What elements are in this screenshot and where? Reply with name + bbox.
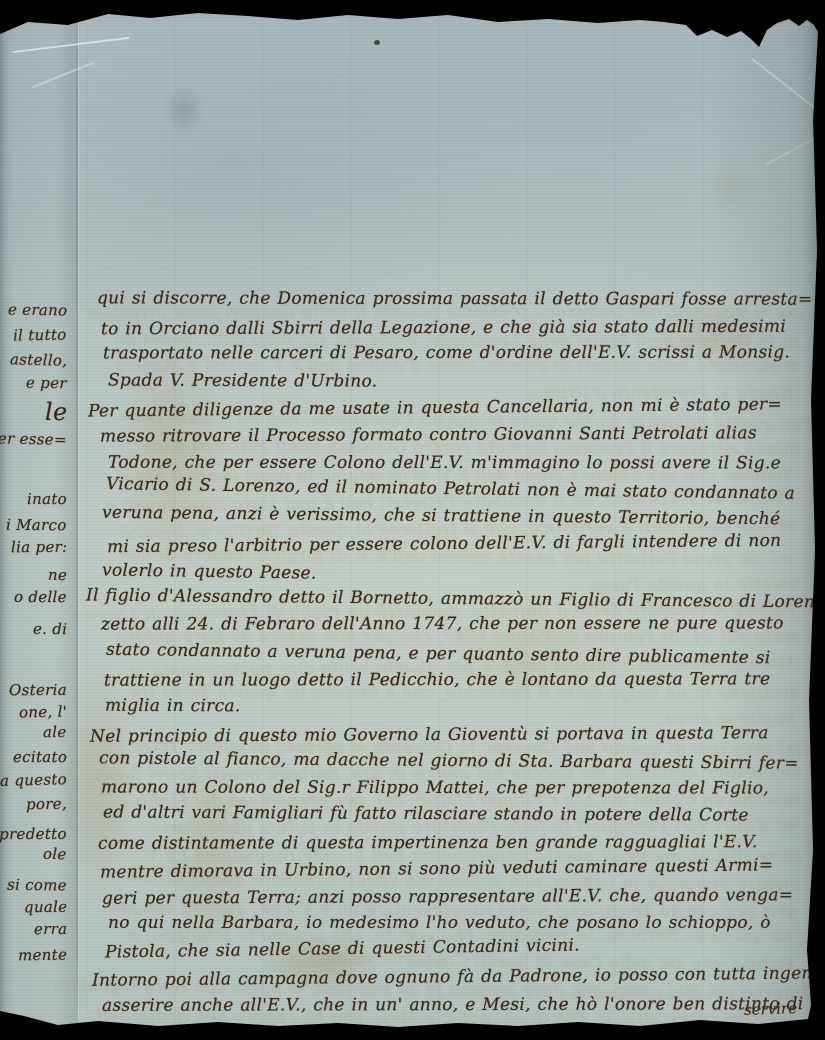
manuscript-line: veruna pena, anzi è verissimo, che si tr… <box>102 503 781 529</box>
page-edge-fragment: inato <box>27 490 67 508</box>
page-edge-fragment: ne <box>48 566 67 584</box>
manuscript-line: marono un Colono del Sig.r Filippo Matte… <box>101 778 769 799</box>
photographed-manuscript: qui si discorre, che Domenica prossima p… <box>0 0 825 1040</box>
manuscript-line: Nel principio di questo mio Governo la G… <box>90 723 769 747</box>
catchword: servire <box>744 999 798 1019</box>
page-edge-fragment: ecitato <box>13 748 67 766</box>
page-edge-fragment: mente <box>18 946 67 965</box>
page-edge-fragment: l predetto <box>0 825 67 843</box>
page-edge-fragment: ale <box>43 723 67 741</box>
page-edge-fragment: Osteria <box>9 681 67 699</box>
manuscript-line: Spada V. Presidente d'Urbino. <box>108 371 378 392</box>
page-edge-fragment: o delle <box>14 588 67 606</box>
manuscript-line: Per quante diligenze da me usate in ques… <box>88 395 782 422</box>
manuscript-line: miglia in circa. <box>105 696 241 717</box>
page-edge-fragment: per esse= <box>0 429 67 449</box>
page-edge-fragment: ole <box>43 845 67 864</box>
manuscript-line: Intorno poi alla campagna dove ognuno fà… <box>92 963 825 991</box>
manuscript-line: messo ritrovare il Processo formato cont… <box>100 424 757 447</box>
manuscript-line: come distintamente di questa impertinenz… <box>98 832 758 854</box>
manuscript-line: to in Orciano dalli Sbirri della Legazio… <box>101 317 786 340</box>
manuscript-line: trasportato nelle carceri di Pesaro, com… <box>103 342 790 363</box>
page-edge-fragment: il tutto <box>13 326 67 345</box>
page-edge-fragment: e. di <box>33 620 67 638</box>
page-edge-fragment: a questo <box>0 770 67 790</box>
page-edge-fragment: i Marco <box>6 516 67 534</box>
manuscript-line: no qui nella Barbara, io medesimo l'ho v… <box>108 913 771 933</box>
manuscript-line: trattiene in un luogo detto il Pedicchio… <box>104 670 770 691</box>
manuscript-line: asserire anche all'E.V., che in un' anno… <box>102 994 804 1016</box>
page-edge-fragment: one, l' <box>19 703 67 722</box>
manuscript-line: mi sia preso l'arbitrio per essere colon… <box>107 531 782 557</box>
manuscript-line: Vicario di S. Lorenzo, ed il nominato Pe… <box>106 474 795 504</box>
manuscript-line: zetto alli 24. di Febraro dell'Anno 1747… <box>101 614 784 635</box>
manuscript-line: Todone, che per essere Colono dell'E.V. … <box>108 453 781 474</box>
page-edge-fragment: e per <box>26 374 67 393</box>
manuscript-line: mentre dimorava in Urbino, non si sono p… <box>100 856 774 883</box>
manuscript-line: Pistola, che sia nelle Case di questi Co… <box>105 936 580 963</box>
page-edge-fragment: pore, <box>26 795 67 814</box>
page-edge-fragment: e erano <box>7 301 67 320</box>
manuscript-line: stato condannato a veruna pena, e per qu… <box>105 640 770 668</box>
manuscript-line: con pistole al fianco, ma dacche nel gio… <box>99 748 799 773</box>
manuscript-line: ed d'altri vari Famigliari fù fatto rila… <box>103 803 749 826</box>
manuscript-line: qui si discorre, che Domenica prossima p… <box>97 288 813 309</box>
fold-crease-highlight <box>78 18 79 1018</box>
page-edge-fragment: astello, <box>9 350 67 369</box>
manuscript-line: volerlo in questo Paese. <box>102 561 317 584</box>
page-edge-fragment: erra <box>34 920 67 938</box>
letter-body-text: qui si discorre, che Domenica prossima p… <box>88 0 812 1040</box>
page-edge-fragment: si come <box>7 876 67 895</box>
manuscript-line: Il figlio d'Alessandro detto il Bornetto… <box>86 586 825 613</box>
previous-page-line-endings: e eranoil tuttoastello,e perleper esse=i… <box>0 0 72 1040</box>
page-edge-fragment: quale <box>24 898 68 916</box>
letter-page: qui si discorre, che Domenica prossima p… <box>0 0 825 1040</box>
page-edge-fragment: le <box>44 398 67 426</box>
page-edge-fragment: lia per: <box>10 538 67 557</box>
manuscript-line: geri per questa Terra; anzi posso rappre… <box>102 885 793 908</box>
